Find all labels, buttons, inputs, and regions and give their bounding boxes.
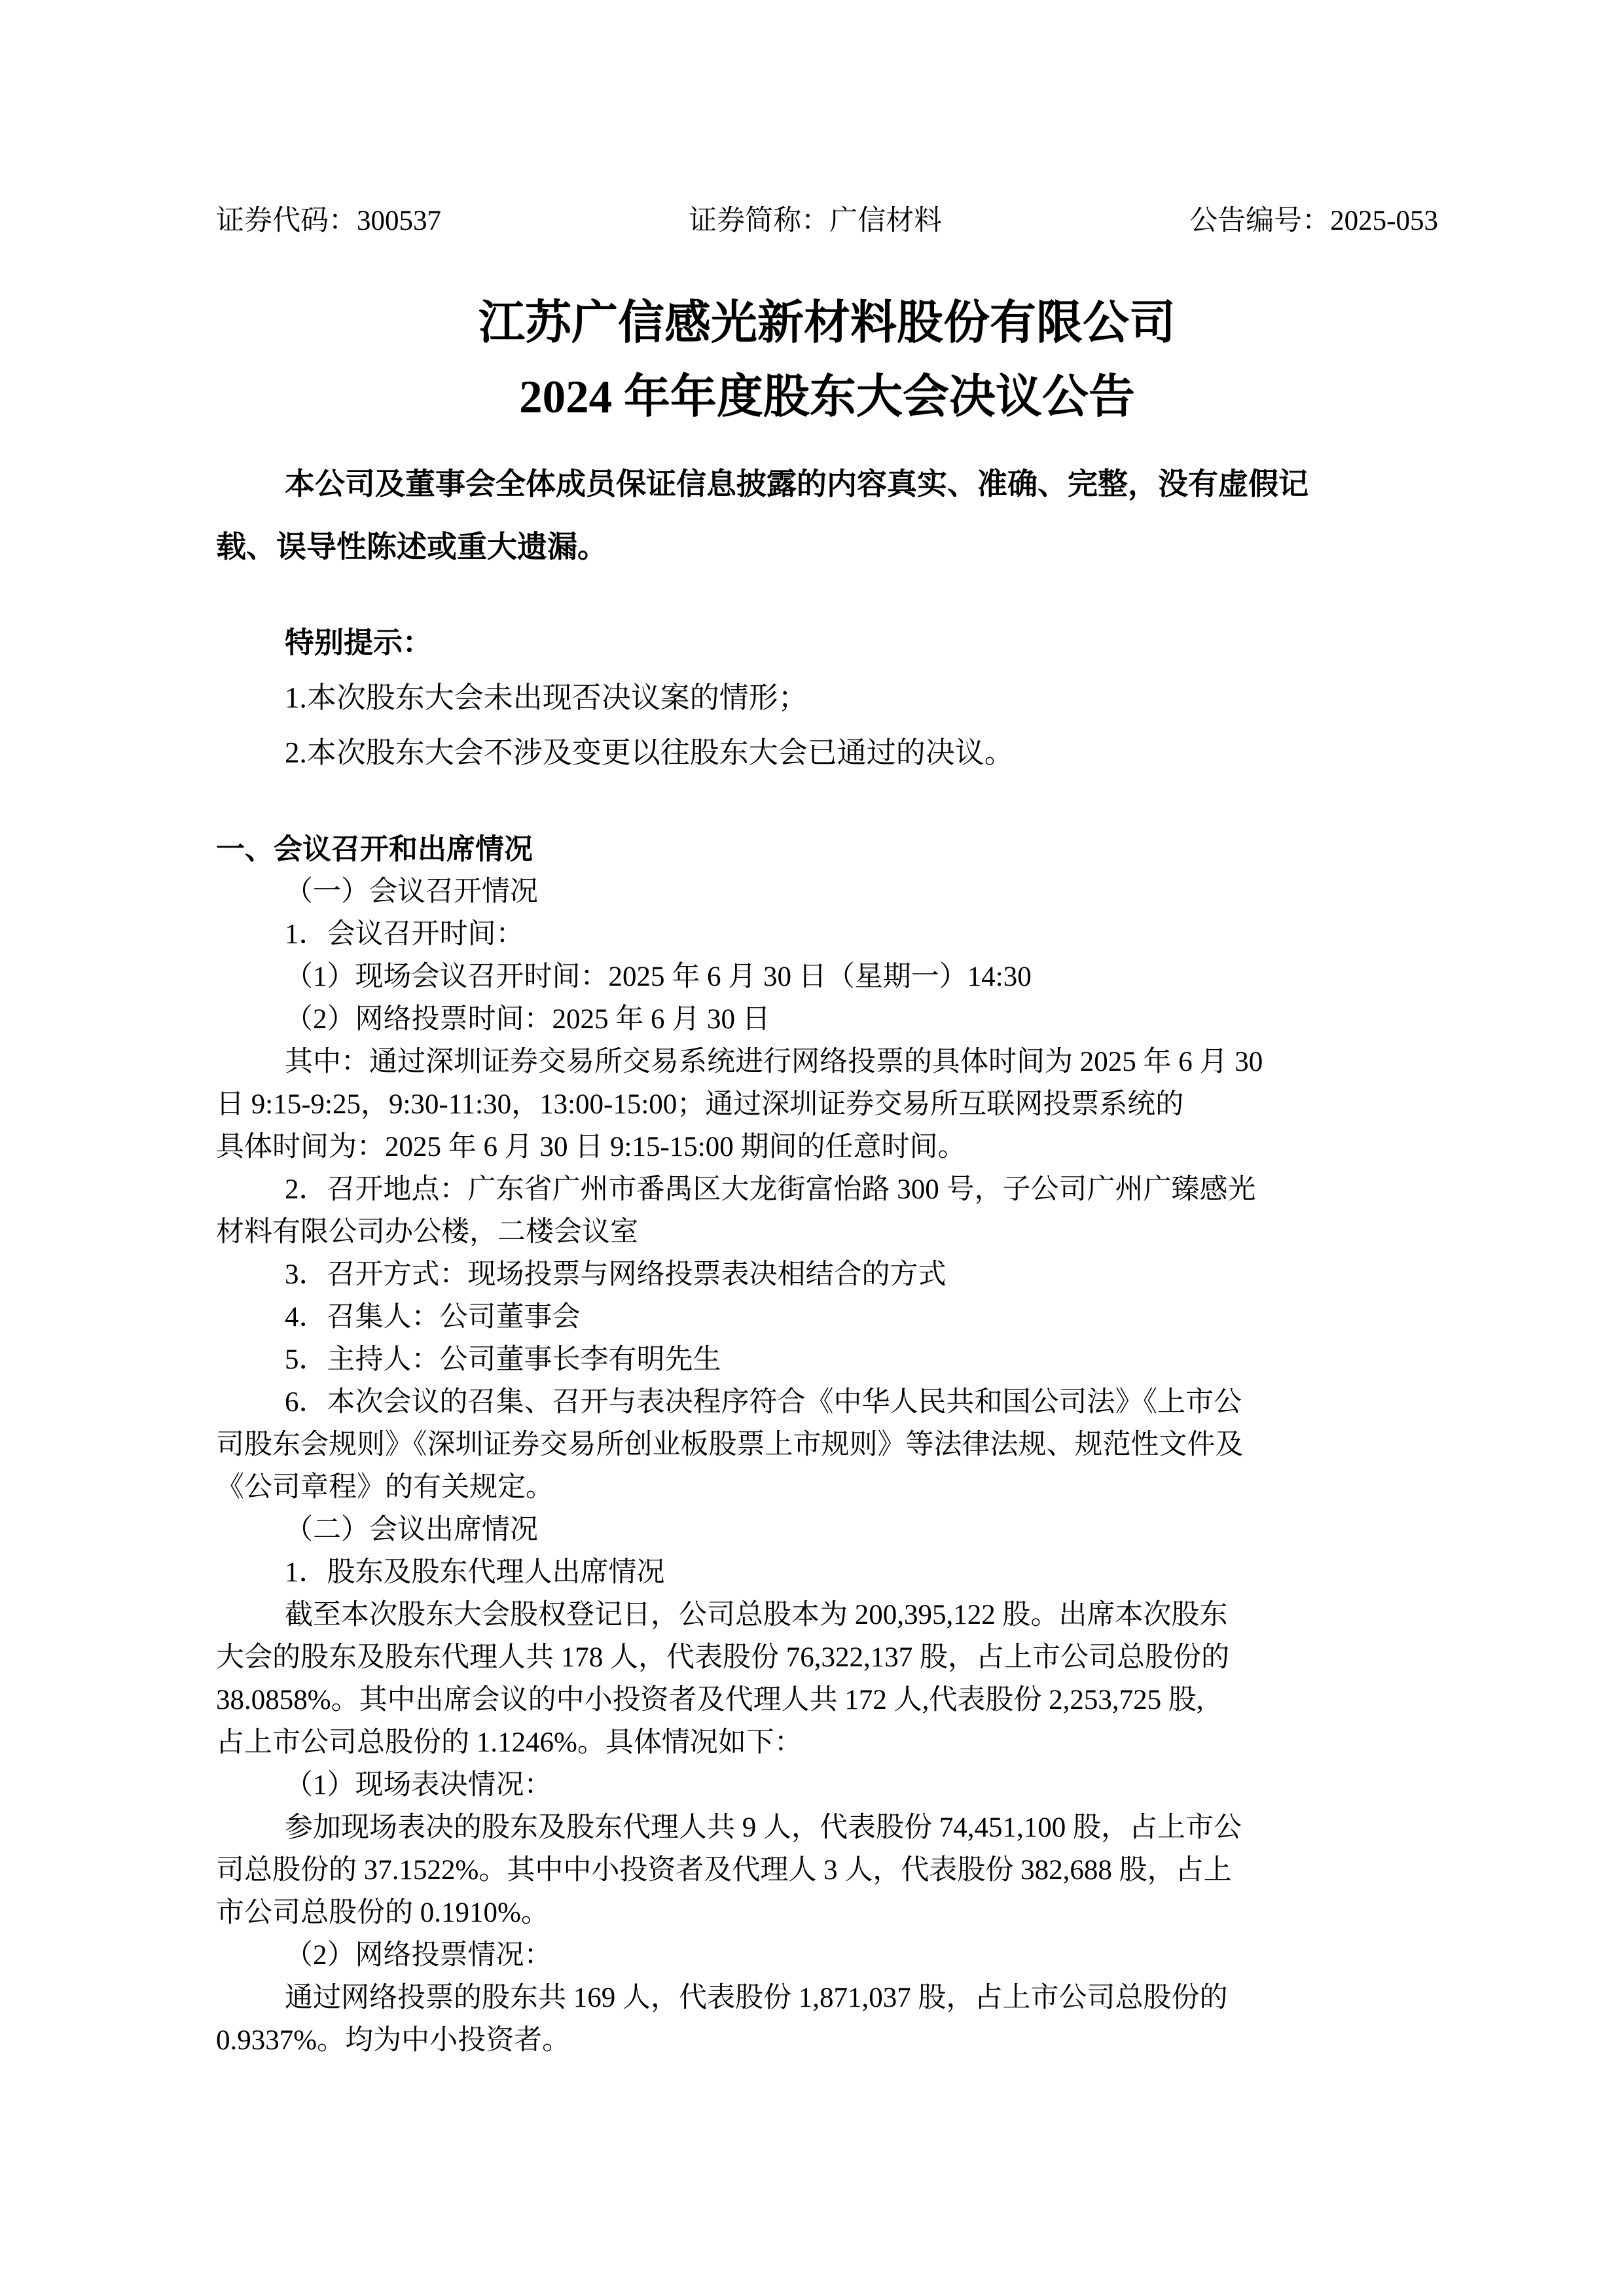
section1-body: （一）会议召开情况1．会议召开时间：（1）现场会议召开时间：2025 年 6 月… xyxy=(216,870,1438,2062)
special-notes: 特别提示： 1.本次股东大会未出现否决议案的情形； 2.本次股东大会不涉及变更以… xyxy=(216,615,1438,780)
stock-code: 证券代码：300537 xyxy=(216,203,441,240)
text-line: （2）网络投票情况： xyxy=(216,1934,1438,1977)
text-line: 4．召集人：公司董事会 xyxy=(216,1296,1438,1338)
text-line: （二）会议出席情况 xyxy=(216,1509,1438,1551)
text-line: 司总股份的 37.1522%。其中中小投资者及代理人 3 人，代表股份 382,… xyxy=(216,1849,1438,1892)
text-line: 2．召开地点：广东省广州市番禺区大龙街富怡路 300 号，子公司广州广臻感光 xyxy=(216,1168,1438,1211)
text-line: 通过网络投票的股东共 169 人，代表股份 1,871,037 股，占上市公司总… xyxy=(216,1977,1438,2019)
section1-heading: 一、会议召开和出席情况 xyxy=(216,828,1438,870)
text-line: 占上市公司总股份的 1.1246%。具体情况如下： xyxy=(216,1721,1438,1764)
text-line: 1．会议召开时间： xyxy=(216,913,1438,956)
disclosure-notice-line: 载、误导性陈述或重大遗漏。 xyxy=(216,516,1438,579)
document-header: 证券代码：300537 证券简称：广信材料 公告编号：2025-053 xyxy=(216,203,1438,240)
special-note-item: 1.本次股东大会未出现否决议案的情形； xyxy=(216,670,1438,725)
text-line: 参加现场表决的股东及股东代理人共 9 人，代表股份 74,451,100 股，占… xyxy=(216,1806,1438,1849)
stock-name: 证券简称：广信材料 xyxy=(689,203,942,240)
text-line: 市公司总股份的 0.1910%。 xyxy=(216,1892,1438,1934)
text-line: （1）现场表决情况： xyxy=(216,1764,1438,1806)
disclosure-notice: 本公司及董事会全体成员保证信息披露的内容真实、准确、完整，没有虚假记 载、误导性… xyxy=(216,453,1438,579)
text-line: 司股东会规则》《深圳证券交易所创业板股票上市规则》等法律法规、规范性文件及 xyxy=(216,1424,1438,1466)
text-line: 1．股东及股东代理人出席情况 xyxy=(216,1551,1438,1594)
text-line: 0.9337%。均为中小投资者。 xyxy=(216,2019,1438,2062)
text-line: 材料有限公司办公楼，二楼会议室 xyxy=(216,1211,1438,1253)
text-line: 日 9:15-9:25，9:30-11:30，13:00-15:00；通过深圳证… xyxy=(216,1083,1438,1126)
text-line: 截至本次股东大会股权登记日，公司总股本为 200,395,122 股。出席本次股… xyxy=(216,1594,1438,1636)
text-line: 其中：通过深圳证券交易所交易系统进行网络投票的具体时间为 2025 年 6 月 … xyxy=(216,1041,1438,1083)
announcement-title: 2024 年年度股东大会决议公告 xyxy=(216,365,1438,430)
text-line: （一）会议召开情况 xyxy=(216,870,1438,913)
document-page: 证券代码：300537 证券简称：广信材料 公告编号：2025-053 江苏广信… xyxy=(0,0,1624,2296)
disclosure-notice-line: 本公司及董事会全体成员保证信息披露的内容真实、准确、完整，没有虚假记 xyxy=(216,453,1438,516)
announcement-number: 公告编号：2025-053 xyxy=(1189,203,1438,240)
text-line: 38.0858%。其中出席会议的中小投资者及代理人共 172 人,代表股份 2,… xyxy=(216,1679,1438,1721)
special-note-item: 2.本次股东大会不涉及变更以往股东大会已通过的决议。 xyxy=(216,725,1438,780)
text-line: 3．召开方式：现场投票与网络投票表决相结合的方式 xyxy=(216,1253,1438,1296)
text-line: 具体时间为：2025 年 6 月 30 日 9:15-15:00 期间的任意时间… xyxy=(216,1126,1438,1168)
special-notes-heading: 特别提示： xyxy=(216,615,1438,670)
text-line: 5．主持人：公司董事长李有明先生 xyxy=(216,1338,1438,1381)
text-line: 大会的股东及股东代理人共 178 人，代表股份 76,322,137 股，占上市… xyxy=(216,1636,1438,1679)
company-title: 江苏广信感光新材料股份有限公司 xyxy=(216,291,1438,356)
text-line: （2）网络投票时间：2025 年 6 月 30 日 xyxy=(216,998,1438,1041)
text-line: （1）现场会议召开时间：2025 年 6 月 30 日（星期一）14:30 xyxy=(216,956,1438,998)
text-line: 6．本次会议的召集、召开与表决程序符合《中华人民共和国公司法》《上市公 xyxy=(216,1381,1438,1424)
text-line: 《公司章程》的有关规定。 xyxy=(216,1466,1438,1509)
